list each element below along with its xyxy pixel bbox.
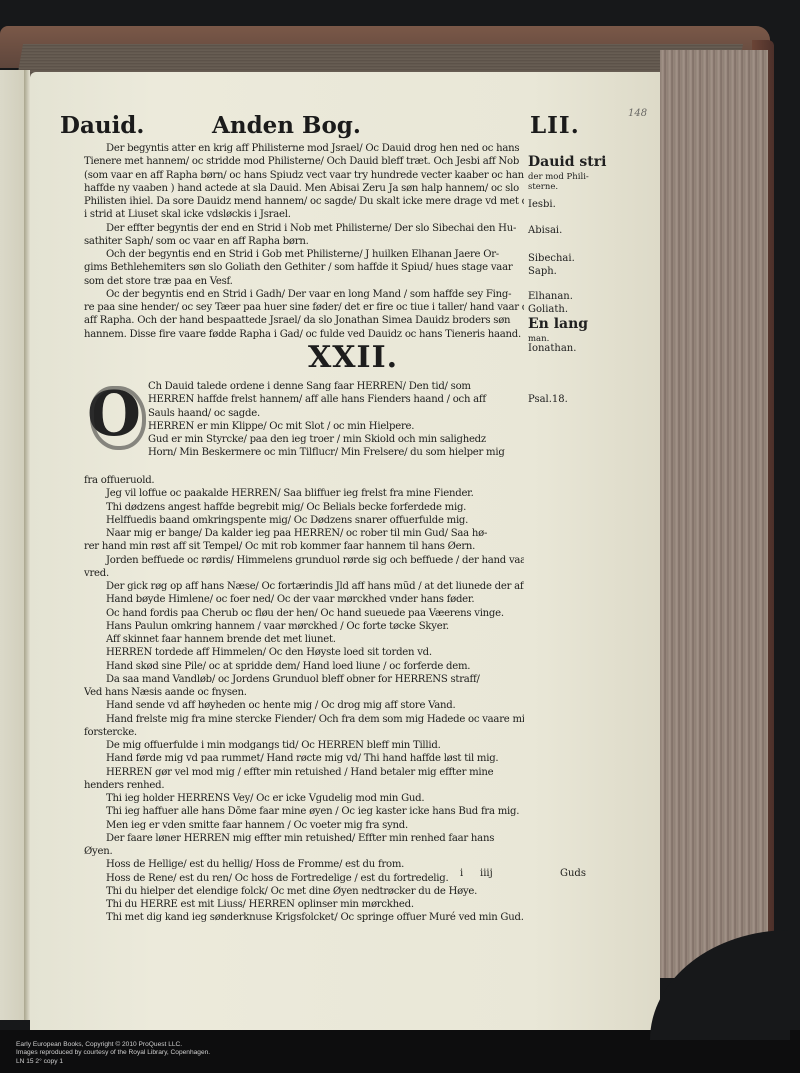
credit-line-2: Images reproduced by courtesy of the Roy…	[16, 1049, 210, 1057]
text-line: Der gick røg op aff hans Næse/ Oc fortær…	[84, 580, 524, 593]
text-line: Hand skød sine Pile/ oc at spridde dem/ …	[84, 660, 524, 673]
text-line: Sauls haand/ oc sagde.	[148, 407, 528, 420]
margin-note-text: Saph.	[528, 266, 557, 277]
text-line: Thi ieg holder HERRENS Vey/ Oc er icke V…	[84, 792, 524, 805]
margin-note-text: Abisai.	[528, 225, 562, 236]
text-line: Hans Paulun omkring hannem / vaar mørckh…	[84, 620, 524, 633]
text-line: Da saa mand Vandløb/ oc Jordens Grunduol…	[84, 673, 524, 686]
signature-mark: i	[460, 868, 463, 879]
margin-note: Sibechai.	[528, 253, 575, 265]
text-line: Gud er min Styrcke/ paa den ieg troer / …	[148, 433, 528, 446]
text-line: Jeg vil loffue oc paakalde HERREN/ Saa b…	[84, 487, 524, 500]
margin-note-text: Goliath.	[528, 304, 568, 315]
text-line: Hand sende vd aff høyheden oc hente mig …	[84, 699, 524, 712]
text-line: Øyen.	[84, 845, 524, 858]
text-line: Thi du HERRE est mit Liuss/ HERREN oplin…	[84, 898, 524, 911]
signature-number: iiij	[480, 868, 493, 879]
text-line: fra offueruold.	[84, 474, 524, 487]
text-line: Oc der begyntis end en Strid i Gadh/ Der…	[84, 288, 524, 301]
text-line: forstercke.	[84, 726, 524, 739]
text-line: Der effter begyntis der end en Strid i N…	[84, 222, 524, 235]
text-line: rer hand min røst aff sit Tempel/ Oc mit…	[84, 540, 524, 553]
text-line: Philisten ihiel. Da sore Dauidz mend han…	[84, 195, 524, 208]
handwritten-folio-number: 148	[628, 108, 647, 119]
margin-note-text: Psal.18.	[528, 394, 568, 405]
text-line: Der faare løner HERREN mig effter min re…	[84, 832, 524, 845]
running-head-right: LII.	[530, 112, 580, 139]
margin-note: Dauid stri	[528, 156, 606, 170]
text-line: Naar mig er bange/ Da kalder ieg paa HER…	[84, 527, 524, 540]
text-line: aff Rapha. Och der hand bespaattede Jsra…	[84, 314, 524, 327]
text-line: Ch Dauid talede ordene i denne Sang faar…	[148, 380, 528, 393]
margin-note-text: Ionathan.	[528, 343, 576, 354]
body-text-block-3: fra offueruold.Jeg vil loffue oc paakald…	[84, 474, 524, 925]
text-line: Men ieg er vden smitte faar hannem / Oc …	[84, 819, 524, 832]
margin-note: En lang	[528, 318, 588, 332]
running-head-center: Anden Bog.	[212, 112, 361, 139]
text-line: HERREN tordede aff Himmelen/ Oc den Høys…	[84, 646, 524, 659]
text-line: gims Bethlehemiters søn slo Goliath den …	[84, 261, 524, 274]
text-line: henders renhed.	[84, 779, 524, 792]
chapter-number: XXII.	[308, 340, 398, 375]
margin-note-text: Iesbi.	[528, 199, 556, 210]
text-line: HERREN er min Klippe/ Oc mit Slot / oc m…	[148, 420, 528, 433]
text-line: i strid at Liuset skal icke vdsløckis i …	[84, 208, 524, 221]
text-line: Hand frelste mig fra mine stercke Fiende…	[84, 713, 524, 726]
text-line: (som vaar en aff Rapha børn/ oc hans Spi…	[84, 169, 524, 182]
text-line: Och der begyntis end en Strid i Gob met …	[84, 248, 524, 261]
copyright-credits: Early European Books, Copyright © 2010 P…	[16, 1041, 210, 1066]
margin-note: Iesbi.	[528, 199, 556, 211]
running-head: Dauid. Anden Bog. LII.	[60, 112, 620, 140]
text-line: sathiter Saph/ som oc vaar en aff Rapha …	[84, 235, 524, 248]
text-line: De mig offuerfulde i min modgangs tid/ O…	[84, 739, 524, 752]
margin-note: Abisai.	[528, 225, 562, 237]
margin-note-text: Sibechai.	[528, 253, 575, 264]
catchword: Guds	[560, 868, 586, 879]
margin-note-text: Dauid stri	[528, 154, 606, 170]
margin-note-text: sterne.	[528, 182, 558, 192]
margin-note: Saph.	[528, 266, 557, 278]
text-line: Hoss de Rene/ est du ren/ Oc hoss de For…	[84, 872, 524, 885]
text-line: re paa sine hender/ oc sey Tæer paa huer…	[84, 301, 524, 314]
margin-note: Goliath.	[528, 304, 568, 316]
text-line: Helffuedis baand omkringspente mig/ Oc D…	[84, 514, 524, 527]
text-line: Hand førde mig vd paa rummet/ Hand røcte…	[84, 752, 524, 765]
page-fore-edge	[660, 50, 768, 978]
margin-note: Ionathan.	[528, 343, 576, 355]
text-line: vred.	[84, 567, 524, 580]
text-line: Hoss de Hellige/ est du hellig/ Hoss de …	[84, 858, 524, 871]
text-line: Jorden beffuede oc rørdis/ Himmelens gru…	[84, 554, 524, 567]
text-line: Ved hans Næsis aande oc fnysen.	[84, 686, 524, 699]
margin-note: Elhanan.	[528, 291, 573, 303]
text-line: Horn/ Min Beskermere oc min Tilflucr/ Mi…	[148, 446, 528, 459]
text-line: Der begyntis atter en krig aff Philister…	[84, 142, 524, 155]
credit-line-1: Early European Books, Copyright © 2010 P…	[16, 1041, 210, 1049]
text-line: Hand bøyde Himlene/ oc foer ned/ Oc der …	[84, 593, 524, 606]
text-line: Thi ieg haffuer alle hans Dōme faar mine…	[84, 805, 524, 818]
text-line: Thi dødzens angest haffde begrebit mig/ …	[84, 501, 524, 514]
text-line: HERREN gør vel mod mig / effter min retu…	[84, 766, 524, 779]
text-line: Tienere met hannem/ oc stridde mod Phili…	[84, 155, 524, 168]
text-line: HERREN haffde frelst hannem/ aff alle ha…	[148, 393, 528, 406]
text-line: som det store træ paa en Vesf.	[84, 275, 524, 288]
text-line: Thi du hielper det elendige folck/ Oc me…	[84, 885, 524, 898]
margin-note-text: Elhanan.	[528, 291, 573, 302]
text-line: Thi met dig kand ieg sønderknuse Krigsfo…	[84, 911, 524, 924]
text-line: hannem. Disse fire vaare fødde Rapha i G…	[84, 328, 524, 341]
body-text-block-1: Der begyntis atter en krig aff Philister…	[84, 142, 524, 341]
margin-note-text: En lang	[528, 316, 588, 332]
text-line: haffde ny vaaben ) hand actede at sla Da…	[84, 182, 524, 195]
body-text-block-2: Ch Dauid talede ordene i denne Sang faar…	[148, 380, 528, 460]
running-head-left: Dauid.	[60, 112, 144, 139]
margin-note: Psal.18.	[528, 394, 568, 406]
decorated-initial-icon: O	[84, 382, 144, 446]
text-line: Oc hand fordis paa Cherub oc fløu der he…	[84, 607, 524, 620]
margin-note: sterne.	[528, 181, 558, 193]
text-line: Aff skinnet faar hannem brende det met l…	[84, 633, 524, 646]
credit-line-3: LN 15 2° copy 1	[16, 1058, 210, 1066]
